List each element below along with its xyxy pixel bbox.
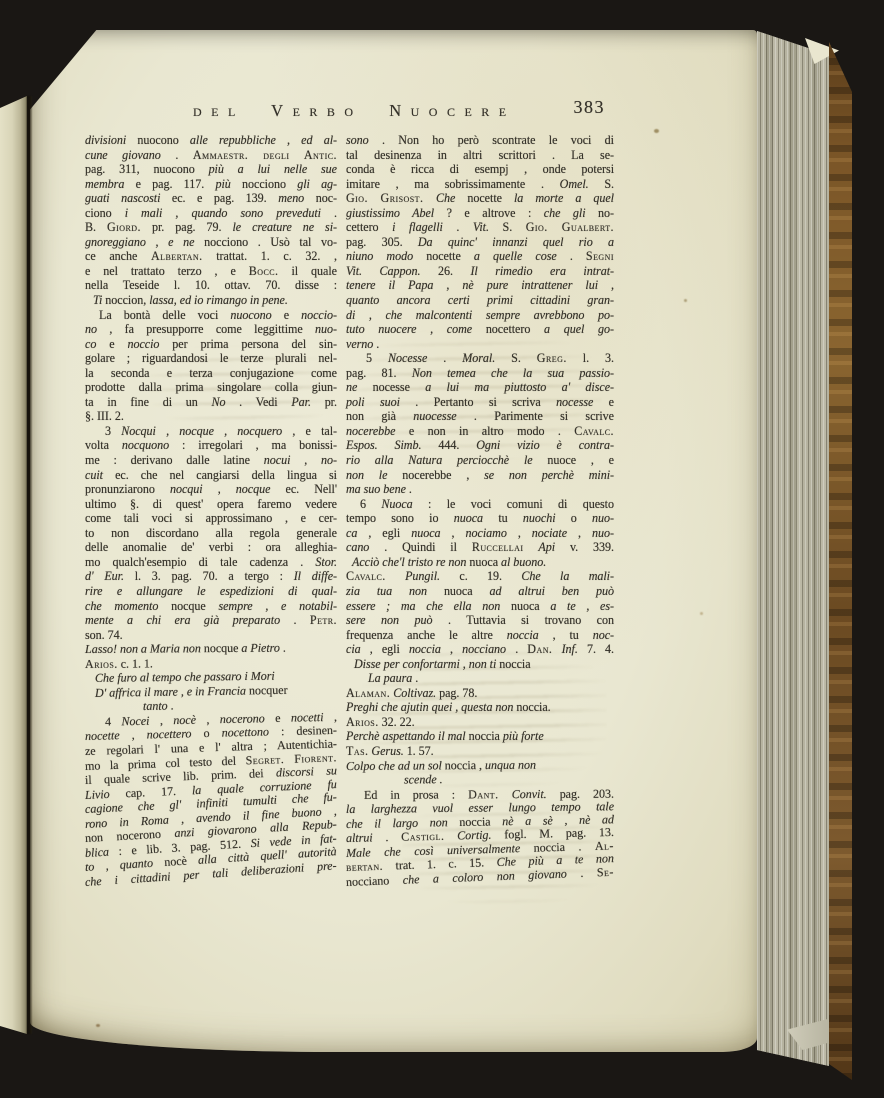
text-segment: mente a chi era già preparato	[85, 613, 294, 627]
text-line: Gio. Grisost. Che nocette la morte a que…	[346, 191, 614, 206]
text-segment: nuocesse	[413, 409, 474, 423]
text-line: pag. 305. Da quinc' innanzi quel rio a	[346, 235, 614, 250]
text-line: tenere il Papa , nè pure intrattener lui…	[346, 278, 614, 293]
text-segment: Ruccellai	[472, 540, 524, 554]
text-segment: Il diffe-	[294, 569, 337, 583]
text-line: Disse per confortarmi , non ti noccia	[346, 657, 614, 672]
text-segment: e	[275, 711, 291, 725]
text-segment: a te , es-	[550, 599, 614, 613]
text-segment: nocqui	[170, 482, 218, 496]
running-title: del Verbo Nuocere	[193, 101, 516, 121]
text-segment: nocquer	[249, 683, 288, 698]
text-line: sere non può . Tuttavia si trovano con	[346, 613, 614, 628]
text-segment: giustissimo Abel	[346, 206, 447, 220]
text-segment: sere non può	[346, 613, 448, 627]
text-line: guati nascosti ec. e pag. 139. meno noc-	[85, 191, 337, 206]
text-segment: e	[284, 308, 301, 322]
text-line: niuno modo nocette a quelle cose . Segni	[346, 249, 614, 264]
text-segment: il quale	[279, 264, 337, 278]
text-segment: non le	[346, 468, 402, 482]
text-segment: ,	[206, 712, 220, 726]
text-segment: Espos. Simb.	[346, 438, 438, 452]
text-segment: ,	[131, 728, 146, 742]
text-line: 5 Nocesse . Moral. S. Greg. l. 3.	[346, 351, 614, 366]
text-segment: La bontà delle voci	[99, 308, 230, 322]
text-segment: più	[215, 177, 242, 191]
text-line: §. III. 2.	[85, 409, 337, 424]
text-segment: cune giovano	[85, 148, 175, 162]
text-segment: pr.	[325, 395, 337, 409]
text-column-right: sono . Non ho però scontrate le voci dit…	[346, 133, 614, 889]
text-segment: nocesse	[373, 380, 426, 394]
text-segment: rire e allungare le espedizioni di qual-	[85, 584, 337, 598]
text-segment: ,	[304, 453, 321, 467]
text-segment: noccia	[469, 729, 503, 743]
text-segment: nuochi	[523, 511, 571, 525]
text-segment: Moral.	[462, 351, 511, 365]
text-segment: bertan.	[346, 859, 384, 874]
text-segment: zia tua non	[346, 584, 444, 598]
text-segment: cuit	[85, 468, 115, 482]
text-line: cano . Quindi il Ruccellai Api v. 339.	[346, 540, 614, 555]
text-segment: a Pietro	[241, 641, 283, 655]
text-line: ne nocesse a lui ma piuttosto a' disce-	[346, 380, 614, 395]
text-segment: nocciano	[462, 642, 515, 656]
text-segment: volta	[85, 438, 122, 452]
text-line: to non discordano alla regola generale	[85, 526, 337, 541]
text-segment: Non temea che la sua passio-	[412, 366, 614, 380]
text-line: scende .	[346, 771, 614, 788]
text-line: tal desinenza in altri scrittori . La se…	[346, 148, 614, 163]
text-segment: ? e altrove :	[447, 206, 544, 220]
text-segment: nocette	[467, 191, 514, 205]
text-line: Ti noccion, lassa, ed io rimango in pene…	[85, 293, 337, 308]
text-line: tempo sono io nuoca tu nuochi o nuo-	[346, 511, 614, 526]
text-segment: nocciano	[346, 873, 403, 889]
text-segment: c. 19.	[459, 569, 521, 583]
text-line: cune giovano . Ammaestr. degli Antic.	[85, 148, 337, 163]
text-line: Acciò che'l tristo re non nuoca al buono…	[346, 555, 614, 570]
text-segment: .	[334, 206, 337, 220]
text-segment: 26.	[438, 264, 470, 278]
text-segment: o	[571, 511, 592, 525]
foxing-speck	[654, 129, 659, 133]
text-segment: nociate	[532, 526, 578, 540]
text-segment: nocesse	[556, 395, 609, 409]
text-segment: nocette	[85, 728, 132, 743]
text-line: Arios. 32. 22.	[346, 715, 614, 730]
text-line: di , che malcontenti sempre avrebbono po…	[346, 308, 614, 323]
text-segment: §. III. 2.	[85, 409, 124, 423]
fore-edge-page-stack	[757, 0, 829, 1098]
text-segment: Gio. Grisost.	[346, 191, 436, 205]
text-segment: nuocono	[230, 308, 283, 322]
text-segment: Segni	[586, 249, 614, 263]
text-line: me : derivano dalle latine nocui , no-	[85, 453, 337, 468]
text-segment: nocè	[173, 712, 206, 727]
text-line: membra e pag. 117. più nocciono gli ag-	[85, 177, 337, 192]
text-segment: Dan.	[527, 642, 552, 656]
text-segment: che gli	[544, 206, 598, 220]
text-segment: Se-	[597, 865, 615, 880]
text-line: pag. 81. Non temea che la sua passio-	[346, 366, 614, 381]
text-segment: .	[385, 830, 401, 844]
text-segment: ma suo bene	[346, 482, 409, 496]
text-segment: ne	[346, 380, 373, 394]
foxing-speck	[700, 612, 703, 615]
text-segment: Tas.	[346, 744, 368, 758]
text-segment: noc-	[593, 628, 614, 642]
text-segment	[386, 569, 405, 583]
book-cover-edge	[829, 0, 852, 1098]
text-segment: imitare , ma sobrissimamente .	[346, 177, 560, 191]
text-segment: , fa presupporre come leggittime	[109, 322, 315, 336]
text-segment: ce anche	[85, 249, 151, 263]
text-segment: tanto	[143, 699, 171, 713]
text-segment: Petr.	[310, 613, 337, 627]
text-segment: .	[175, 148, 193, 162]
text-segment: noccia.	[516, 700, 550, 714]
text-segment: Nocei	[121, 713, 160, 728]
text-segment: verno	[346, 337, 376, 351]
text-segment: .	[376, 337, 379, 351]
text-segment: Cavalc.	[346, 569, 386, 583]
text-segment: 32. 22.	[379, 715, 415, 729]
text-line: 6 Nuoca : le voci comuni di questo	[346, 497, 614, 512]
text-segment: ,	[160, 713, 174, 727]
text-segment: . Tuttavia si trovano con	[448, 613, 614, 627]
text-segment: ec. e pag. 139.	[172, 191, 278, 205]
text-segment: , e tal-	[292, 424, 337, 438]
text-line: imitare , ma sobrissimamente . Omel. S.	[346, 177, 614, 192]
text-line: Preghi che ajutin quei , questa non nocc…	[346, 700, 614, 715]
text-segment: ad altrui ben può	[489, 584, 614, 598]
text-segment: .	[409, 482, 412, 496]
text-segment: Ti	[93, 293, 105, 307]
text-segment: poli suoi	[346, 395, 415, 409]
facing-page-edge	[0, 96, 27, 1034]
text-segment: Giord.	[107, 220, 141, 234]
text-segment: sempre , e notabil-	[218, 599, 337, 613]
text-segment: c. 1. 1.	[118, 656, 153, 670]
text-segment: ca	[346, 526, 368, 540]
text-segment: nella Teseide l. 10. ottav. 70. disse :	[85, 278, 337, 292]
text-line: mo qualch'esempio di tale cadenza . Stor…	[85, 555, 337, 570]
text-segment: nuo-	[592, 511, 614, 525]
text-segment: ta in fine di un	[85, 395, 211, 409]
text-segment: altrui	[346, 830, 386, 845]
text-segment: più a lui nelle sue	[209, 162, 337, 176]
text-line: divisioni nuocono alle repubbliche , ed …	[85, 133, 337, 148]
text-segment: ciono	[85, 206, 125, 220]
text-segment: non già	[346, 409, 413, 423]
text-segment: noccio-	[301, 308, 337, 322]
text-segment: nocciono	[242, 177, 297, 191]
text-segment: La paura	[368, 671, 415, 685]
text-segment: noccia ,	[445, 758, 485, 772]
text-segment: Livio	[85, 786, 126, 802]
text-line: no , fa presupporre come leggittime nuo-	[85, 322, 337, 337]
text-segment	[523, 540, 538, 554]
text-segment: al buono.	[501, 555, 546, 569]
text-segment: pag. 311, nuocono	[85, 162, 209, 176]
text-segment: pag. 81.	[346, 366, 412, 380]
text-segment: 444.	[438, 438, 476, 452]
text-line: frequenza anche le altre noccia , tu noc…	[346, 628, 614, 643]
text-line: Alaman. Coltivaz. pag. 78.	[346, 686, 614, 701]
text-segment: .	[570, 249, 586, 263]
text-segment: i flagelli	[392, 220, 456, 234]
text-segment: noc-	[316, 191, 337, 205]
text-segment: . Non ho però scontrate le voci di	[382, 133, 614, 147]
text-segment: Coltivaz.	[393, 686, 439, 700]
text-segment: .	[456, 220, 473, 234]
text-segment: e	[109, 337, 127, 351]
text-segment: nuoca	[469, 555, 501, 569]
text-line: nocerebbe e non in altro modo . Cavalc.	[346, 424, 614, 439]
text-segment: trattat. 1. c. 32. ,	[203, 249, 337, 263]
gutter-shadow	[26, 96, 32, 1034]
page-number: 383	[574, 97, 606, 118]
text-segment: ultimo §. di quest' opera faremo vedere	[85, 497, 337, 511]
text-segment: lassa, ed io rimango in pene.	[149, 293, 288, 307]
text-segment: ,	[518, 526, 532, 540]
text-segment: tempo sono io	[346, 511, 454, 525]
text-segment: più forte	[503, 729, 544, 743]
text-segment: Colpo che ad un sol	[346, 758, 445, 773]
text-segment: Che	[436, 191, 467, 205]
text-segment: Nocesse	[388, 351, 443, 365]
text-segment: noccia	[499, 657, 530, 671]
text-segment: Nuoca	[381, 497, 428, 511]
text-segment: sono	[346, 133, 382, 147]
text-segment: Gio. Gualbert.	[526, 220, 614, 234]
text-segment: no-	[321, 453, 337, 467]
text-segment: .	[283, 641, 286, 655]
text-line: volta nocquono : irregolari , ma bonissi…	[85, 438, 337, 453]
text-segment: Ammaestr. degli Antic.	[193, 148, 337, 162]
text-line: delle anomalie de' verbi : ora alleghia-	[85, 540, 337, 555]
text-segment: ,	[218, 482, 236, 496]
text-segment: Alaman.	[346, 686, 390, 700]
text-segment: Lasso! non a Maria non	[85, 641, 204, 656]
text-segment: nuoca	[444, 584, 490, 598]
text-segment: gnoreggiano , e ne	[85, 235, 204, 249]
text-segment: ,	[578, 526, 592, 540]
text-line: La bontà delle voci nuocono e noccio-	[85, 308, 337, 323]
text-segment: conda è ricca di esempj , onde potersi	[346, 162, 614, 176]
text-segment: noccia	[507, 628, 553, 642]
text-segment: nocquono	[122, 438, 182, 452]
text-segment: membra	[85, 177, 136, 191]
text-segment: Perchè aspettando il mal	[346, 729, 469, 743]
text-line: gnoreggiano , e ne nocciono . Usò tal vo…	[85, 235, 337, 250]
text-segment: No	[211, 395, 239, 409]
text-segment: gli ag-	[297, 177, 337, 191]
text-segment: , egli	[368, 526, 411, 540]
text-segment: l. 3. pag. 70. a tergo :	[135, 569, 294, 583]
text-line: ce anche Albertan. trattat. 1. c. 32. ,	[85, 249, 337, 264]
text-segment: noccion,	[105, 293, 149, 307]
text-segment: nocerebbe ,	[402, 468, 484, 482]
text-line: e nel trattato terzo , e Bocc. il quale	[85, 264, 337, 279]
text-line: verno .	[346, 337, 614, 352]
text-segment: mo qualch'esempio di tale cadenza .	[85, 555, 315, 569]
text-segment: se non perchè mini-	[484, 468, 614, 482]
text-segment	[499, 787, 512, 801]
text-segment: Greg.	[537, 351, 567, 365]
text-segment: 6	[360, 497, 381, 511]
text-line: tuto nuocere , come nocettero a quel go-	[346, 322, 614, 337]
text-segment: .	[415, 671, 418, 685]
text-segment: no	[85, 322, 109, 336]
text-segment: Bocc.	[249, 264, 279, 278]
text-segment: niuno modo	[346, 249, 426, 263]
text-segment: to non discordano alla regola generale	[85, 526, 337, 540]
text-segment: tu	[498, 511, 523, 525]
text-segment: co	[85, 337, 109, 351]
text-segment: a quel go-	[544, 322, 614, 336]
text-segment: che momento	[85, 599, 171, 613]
text-segment: nocerebbe	[346, 424, 409, 438]
text-segment: 1. 57.	[407, 744, 434, 758]
text-segment: nuo-	[592, 526, 614, 540]
text-line: 3 Nocqui , nocque , nocquero , e tal-	[85, 424, 337, 439]
text-segment: cettero	[346, 220, 392, 234]
text-segment: : irregolari , ma bonissi-	[182, 438, 337, 452]
text-segment: scende .	[404, 772, 443, 786]
text-segment: nocque	[236, 482, 286, 496]
text-segment: : le voci comuni di questo	[428, 497, 614, 511]
text-segment: tuto nuocere , come	[346, 322, 486, 336]
text-line: pag. 311, nuocono più a lui nelle sue	[85, 162, 337, 177]
text-segment: . Pertanto si scriva	[415, 395, 556, 409]
text-segment: nuoca	[454, 511, 499, 525]
text-line: rire e allungare le espedizioni di qual-	[85, 584, 337, 599]
text-segment: me : derivano dalle latine	[85, 453, 264, 467]
text-segment: Che la mali-	[521, 569, 614, 583]
text-segment: Cortig.	[457, 828, 504, 843]
text-line: rio alla Natura perciocchè le nuoce , e	[346, 453, 614, 468]
text-segment: nocui	[264, 453, 304, 467]
text-segment: S.	[604, 177, 614, 191]
text-line: zia tua non nuoca ad altrui ben può	[346, 584, 614, 599]
text-line: golare ; riguardandosi le terze plurali …	[85, 351, 337, 366]
foxing-speck	[96, 1024, 100, 1027]
text-line: Perchè aspettando il mal noccia più fort…	[346, 729, 614, 744]
text-segment: Arios.	[346, 715, 379, 729]
text-line: come tali voci si approssimano , e cer-	[85, 511, 337, 526]
text-line: Cavalc. Pungil. c. 19. Che la mali-	[346, 569, 614, 584]
text-segment: Acciò che'l tristo re non	[352, 555, 469, 569]
text-segment: ,	[450, 642, 462, 656]
text-segment: unqua non	[485, 757, 536, 771]
text-line: cia , egli noccia , nocciano . Dan. Inf.…	[346, 642, 614, 657]
text-segment: la seconda e terza conjugazione come	[85, 366, 337, 380]
text-segment: tenere il Papa , nè pure intrattener lui…	[346, 278, 614, 292]
text-segment: meno	[278, 191, 316, 205]
text-segment: pr. pag. 79.	[141, 220, 232, 234]
text-line: B. Giord. pr. pag. 79. le creature ne si…	[85, 220, 337, 235]
text-line: nella Teseide l. 10. ottav. 70. disse :	[85, 278, 337, 293]
text-line: pronunziarono nocqui , nocque ec. Nell'	[85, 482, 337, 497]
text-segment: frequenza anche le altre	[346, 628, 507, 642]
text-segment: rio alla Natura perciocchè le	[346, 453, 547, 467]
text-segment: la morte a quel	[514, 191, 614, 205]
text-segment: quanto ancora certi primi cittadini gran…	[346, 293, 614, 307]
text-segment: cia	[346, 642, 370, 656]
text-segment: Ed in prosa :	[364, 787, 468, 802]
text-segment: 7. 4.	[587, 642, 614, 656]
text-line: Espos. Simb. 444. Ogni vizio è contra-	[346, 438, 614, 453]
text-segment: a lui ma piuttosto a' disce-	[425, 380, 614, 394]
text-line: ma suo bene .	[346, 482, 614, 497]
text-segment: no-	[598, 206, 614, 220]
text-segment: Arios.	[85, 656, 118, 670]
text-segment: nuoce , e	[547, 453, 614, 467]
text-segment: nociamo	[466, 526, 518, 540]
text-segment: B.	[85, 220, 107, 234]
text-line: d' Eur. l. 3. pag. 70. a tergo : Il diff…	[85, 569, 337, 584]
text-segment: come tali voci si approssimano , e cer-	[85, 511, 337, 525]
text-segment: nuoca	[511, 599, 550, 613]
text-segment: Vit.	[473, 220, 503, 234]
text-segment: di , che malcontenti sempre avrebbono po…	[346, 308, 614, 322]
foxing-speck	[684, 299, 687, 302]
text-segment: .	[443, 351, 462, 365]
text-segment: nocettero	[147, 727, 204, 742]
text-segment: .	[580, 865, 597, 880]
text-line: ta in fine di un No . Vedi Par. pr.	[85, 395, 337, 410]
text-segment: Il rimedio era intrat-	[470, 264, 614, 278]
text-segment: alle repubbliche , ed al-	[190, 133, 337, 147]
text-segment: nocque	[204, 641, 242, 655]
text-segment: d' Eur.	[85, 569, 135, 583]
text-segment: ec. che nel cangiarsi della lingua si	[115, 468, 337, 482]
text-segment: v. 339.	[570, 540, 614, 554]
text-segment: , tu	[553, 628, 593, 642]
text-segment: prodotte dalla prima singolare colla giu…	[85, 380, 337, 394]
text-segment: nuoca	[411, 526, 451, 540]
text-line: cettero i flagelli . Vit. S. Gio. Gualbe…	[346, 220, 614, 235]
text-segment: pronunziarono	[85, 482, 170, 496]
text-line: la seconda e terza conjugazione come	[85, 366, 337, 381]
text-segment: e pag. 117.	[136, 177, 216, 191]
text-line: prodotte dalla prima singolare colla giu…	[85, 380, 337, 395]
text-segment: 5	[366, 351, 388, 365]
text-segment: e non in altro modo .	[409, 424, 574, 438]
text-line: conda è ricca di esempj , onde potersi	[346, 162, 614, 177]
text-segment: Gerus.	[371, 744, 406, 758]
text-line: giustissimo Abel ? e altrove : che gli n…	[346, 206, 614, 221]
text-segment: Nocqui , nocque , nocquero	[121, 424, 292, 438]
text-line: ciono i mali , quando sono preveduti .	[85, 206, 337, 221]
text-segment: guati nascosti	[85, 191, 172, 205]
text-segment: cano	[346, 540, 384, 554]
text-segment: a quelle cose	[474, 249, 570, 263]
text-segment	[552, 642, 561, 656]
text-segment: ec. Nell'	[286, 482, 337, 496]
text-segment: e	[609, 395, 614, 409]
page-header: del Verbo Nuocere 383	[85, 101, 615, 127]
text-segment: S.	[503, 220, 526, 234]
text-segment: Par.	[291, 395, 324, 409]
text-segment: nocette	[426, 249, 474, 263]
text-segment: l. 3.	[567, 351, 614, 365]
text-segment: e nel trattato terzo , e	[85, 264, 249, 278]
text-line: ca , egli nuoca , nociamo , nociate , nu…	[346, 526, 614, 541]
text-line: non già nuocesse . Parimente si scrive	[346, 409, 614, 424]
